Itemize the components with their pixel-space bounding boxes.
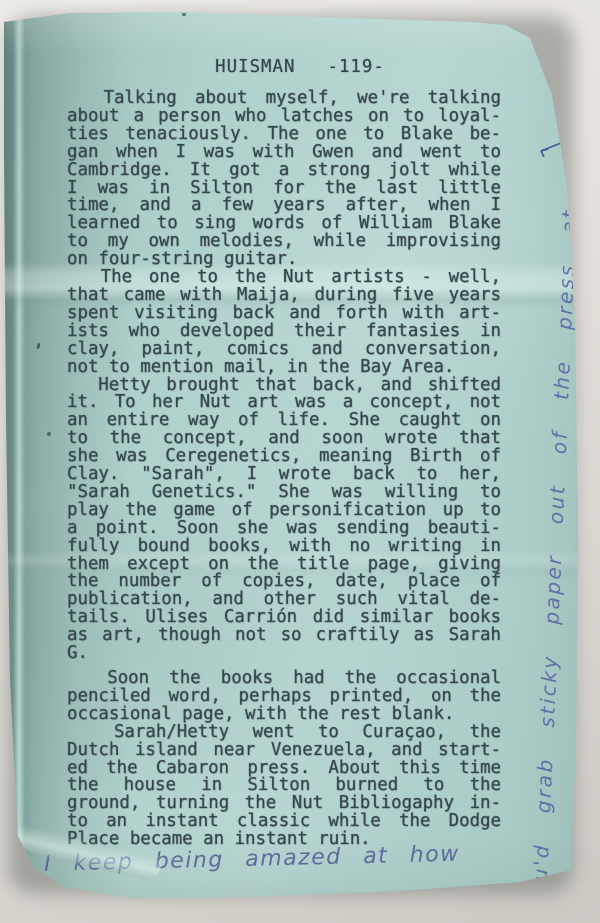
paragraph: Soon the books had the occasionalpencile… [67, 670, 501, 724]
paragraph: The one to the Nut artists - well,that c… [67, 269, 501, 376]
page-header: HUISMAN -119- [83, 57, 517, 77]
paper-speck [182, 13, 186, 16]
typewritten-text: Talking about myself, we're talkingabout… [67, 90, 501, 849]
text-line: clay, paint, comics and conversation, [67, 341, 501, 359]
text-line: not to mention mail, in the Bay Area. [67, 359, 501, 377]
handwritten-margin-note: You'd grab sticky paper out of the press… [527, 119, 585, 909]
paragraph: Sarah/Hetty went to Curaçao, theDutch is… [67, 724, 501, 849]
text-line: as art, though not so craftily as Sarah [67, 627, 501, 645]
photo-backdrop: HUISMAN -119- Talking about myself, we'r… [0, 0, 600, 923]
paper-speck [47, 432, 51, 436]
paragraph: Talking about myself, we're talkingabout… [67, 90, 501, 269]
text-line: gan when I was with Gwen and went to [67, 144, 501, 162]
letter-page: HUISMAN -119- Talking about myself, we'r… [0, 0, 600, 923]
paragraph: Hetty brought that back, and shiftedit. … [67, 377, 501, 664]
text-line: Sarah/Hetty went to Curaçao, the [67, 724, 501, 742]
stray-ink-mark [36, 343, 40, 349]
text-line: Cambridge. It got a strong jolt while [67, 162, 501, 180]
text-line: G. [67, 645, 501, 663]
text-line: fully bound books, with no writing in [67, 538, 501, 556]
text-line: ists who developed their fantasies in [67, 323, 501, 341]
page-number: -119- [327, 57, 384, 77]
text-line: Dutch island near Venezuela, and start- [67, 742, 501, 760]
text-line: a point. Soon she was sending beauti- [67, 520, 501, 538]
header-name: HUISMAN [215, 57, 295, 77]
